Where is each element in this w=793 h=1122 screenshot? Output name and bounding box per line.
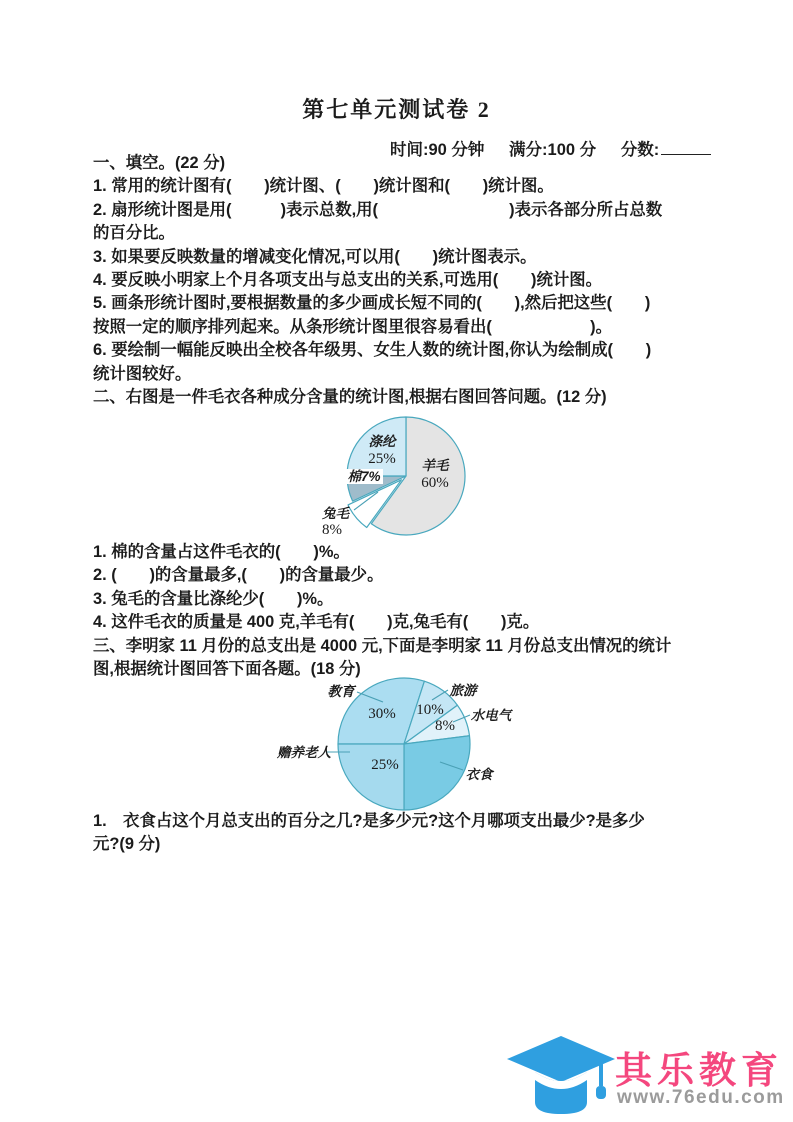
pie2-label-elder-support: 赡养老人 (276, 745, 331, 760)
part1-q1: 1. 常用的统计图有( )统计图、( )统计图和( )统计图。 (93, 175, 753, 198)
brand-website: www.76edu.com (617, 1087, 785, 1109)
pie2-label-education: 教育 (328, 684, 357, 699)
test-paper-page: 第七单元测试卷 2 时间:90 分钟 满分:100 分 分数: 一、填空。(22… (0, 0, 793, 1122)
page-title: 第七单元测试卷 2 (0, 93, 793, 124)
part1-heading: 一、填空。(22 分) (93, 152, 753, 175)
pie1-label-polyester: 涤纶 (369, 434, 398, 449)
part1-q2-line1: 2. 扇形统计图是用( )表示总数,用( )表示各部分所占总数 (93, 199, 753, 222)
part2-q1: 1. 棉的含量占这件毛衣的( )%。 (93, 541, 753, 564)
part3-question: 1. 衣食占这个月总支出的百分之几?是多少元?这个月哪项支出最少?是多少 元?(… (93, 810, 753, 857)
part3-heading-line1: 三、李明家 11 月份的总支出是 4000 元,下面是李明家 11 月份总支出情… (93, 635, 753, 658)
pie1-value-polyester: 25% (368, 451, 396, 467)
pie2-value-travel: 10% (416, 702, 444, 718)
part2-q4: 4. 这件毛衣的质量是 400 克,羊毛有( )克,兔毛有( )克。 (93, 611, 753, 634)
monthly-expenses-pie-chart: 教育 30% 旅游 10% 水电气 8% 衣食 赡养老人 25% (275, 672, 525, 814)
pie1-label-cotton: 棉7% (347, 469, 380, 484)
part2-questions: 1. 棉的含量占这件毛衣的( )%。 2. ( )的含量最多,( )的含量最少。… (93, 541, 753, 681)
part1-q3: 3. 如果要反映数量的增减变化情况,可以用( )统计图表示。 (93, 246, 753, 269)
pie2-value-utilities: 8% (435, 718, 455, 734)
pie1-label-wool: 羊毛 (422, 458, 450, 473)
brand-name: 其乐教育 (615, 1040, 783, 1094)
part2-q2: 2. ( )的含量最多,( )的含量最少。 (93, 564, 753, 587)
pie1-label-rabbit: 兔毛 (321, 506, 350, 521)
pie2-label-food-clothing: 衣食 (466, 767, 495, 782)
part1-q6-line1: 6. 要绘制一幅能反映出全校各年级男、女生人数的统计图,你认为绘制成( ) (93, 339, 753, 362)
part1-q5-line1: 5. 画条形统计图时,要根据数量的多少画成长短不同的( ),然后把这些( ) (93, 292, 753, 315)
part2-q3: 3. 兔毛的含量比涤纶少( )%。 (93, 588, 753, 611)
part2-heading: 二、右图是一件毛衣各种成分含量的统计图,根据右图回答问题。(12 分) (93, 386, 753, 409)
part1-q6-line2: 统计图较好。 (93, 363, 753, 386)
sweater-composition-pie-chart: 涤纶 25% 羊毛 60% 棉7% 兔毛 8% (315, 410, 480, 540)
pie2-label-utilities: 水电气 (471, 708, 514, 723)
pie2-slice-food-clothing (404, 736, 470, 810)
pie2-value-elder-support: 25% (371, 757, 399, 773)
pie2-value-education: 30% (368, 706, 396, 722)
pie2-slice-elder-support (338, 744, 404, 810)
part1-q4: 4. 要反映小明家上个月各项支出与总支出的关系,可选用( )统计图。 (93, 269, 753, 292)
pie1-value-rabbit: 8% (322, 522, 342, 538)
pie2-label-travel: 旅游 (449, 683, 479, 698)
graduation-cap-icon (505, 1032, 617, 1120)
pie1-value-wool: 60% (421, 475, 449, 491)
part3-q1-line1: 1. 衣食占这个月总支出的百分之几?是多少元?这个月哪项支出最少?是多少 (93, 810, 753, 833)
part1-q5-line2: 按照一定的顺序排列起来。从条形统计图里很容易看出( )。 (93, 316, 753, 339)
part1-fill-in-blanks: 一、填空。(22 分) 1. 常用的统计图有( )统计图、( )统计图和( )统… (93, 152, 753, 409)
part3-q1-line2: 元?(9 分) (93, 833, 753, 856)
part1-q2-line2: 的百分比。 (93, 222, 753, 245)
publisher-logo: 其乐教育 www.76edu.com (505, 1030, 793, 1122)
